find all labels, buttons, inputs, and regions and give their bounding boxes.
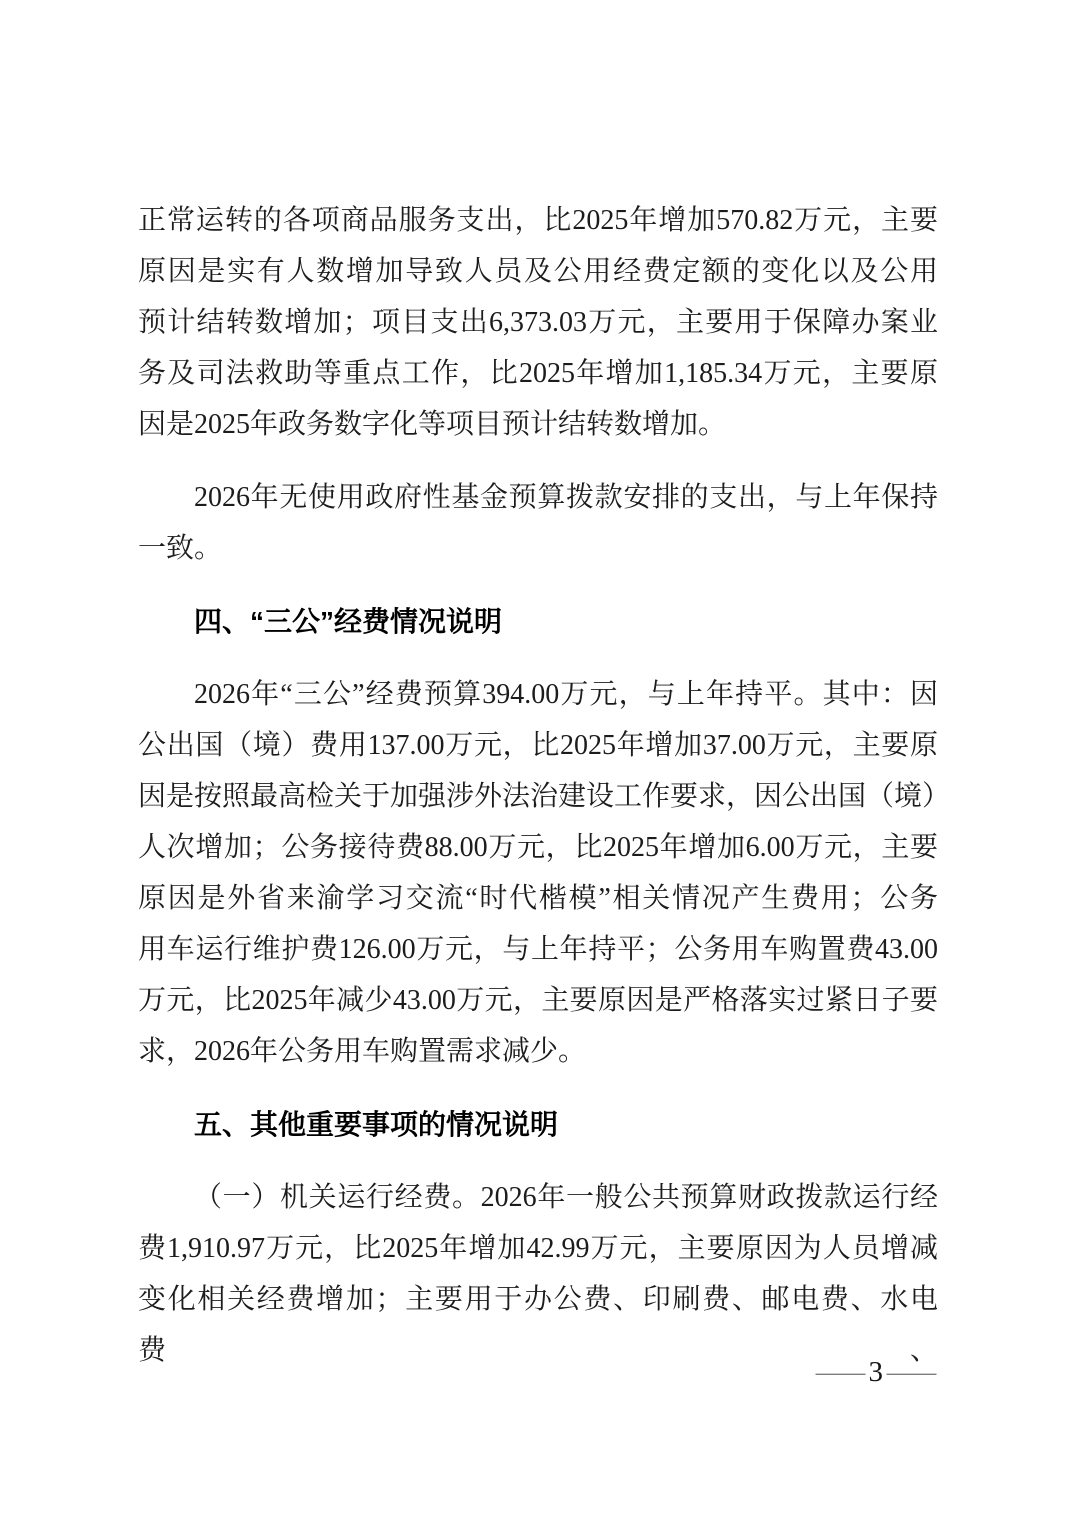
text-line: 万元，比2025年减少43.00万元，主要原因是严格落实过紧日子要	[138, 975, 938, 1026]
text-line: 预计结转数增加；项目支出6,373.03万元，主要用于保障办案业	[138, 297, 938, 348]
footer-dash-right: —	[887, 1352, 936, 1392]
text-line: 公出国（境）费用137.00万元，比2025年增加37.00万元，主要原	[138, 720, 938, 771]
footer-dash-left: —	[815, 1352, 864, 1392]
paragraph-government-fund-budget: 2026年无使用政府性基金预算拨款安排的支出，与上年保持 一致。	[138, 472, 938, 574]
paragraph-goods-services-expense: 正常运转的各项商品服务支出，比2025年增加570.82万元，主要 原因是实有人…	[138, 195, 938, 450]
paragraph-agency-operation-expense: （一）机关运行经费。2026年一般公共预算财政拨款运行经 费1,910.97万元…	[138, 1172, 938, 1376]
paragraph-three-public-expenses-detail: 2026年“三公”经费预算394.00万元，与上年持平。其中：因 公出国（境）费…	[138, 669, 938, 1077]
text-line: 因是2025年政务数字化等项目预计结转数增加。	[138, 399, 938, 450]
text-line: 务及司法救助等重点工作，比2025年增加1,185.34万元，主要原	[138, 348, 938, 399]
text-line: 2026年“三公”经费预算394.00万元，与上年持平。其中：因	[138, 669, 938, 720]
text-line: 人次增加；公务接待费88.00万元，比2025年增加6.00万元，主要	[138, 822, 938, 873]
text-line: 一致。	[138, 523, 938, 574]
text-line: 求，2026年公务用车购置需求减少。	[138, 1026, 938, 1077]
section-heading-other-important-matters: 五、其他重要事项的情况说明	[138, 1099, 938, 1150]
text-line: 原因是外省来渝学习交流“时代楷模”相关情况产生费用；公务	[138, 873, 938, 924]
text-line: 费1,910.97万元，比2025年增加42.99万元，主要原因为人员增减	[138, 1223, 938, 1274]
page-number: 3	[869, 1352, 884, 1392]
document-page: 正常运转的各项商品服务支出，比2025年增加570.82万元，主要 原因是实有人…	[0, 0, 1074, 1520]
text-line: 正常运转的各项商品服务支出，比2025年增加570.82万元，主要	[138, 195, 938, 246]
text-line: 2026年无使用政府性基金预算拨款安排的支出，与上年保持	[138, 472, 938, 523]
text-line: 用车运行维护费126.00万元，与上年持平；公务用车购置费43.00	[138, 924, 938, 975]
text-line: 原因是实有人数增加导致人员及公用经费定额的变化以及公用	[138, 246, 938, 297]
section-heading-three-public-expenses: 四、“三公”经费情况说明	[138, 596, 938, 647]
page-footer: —3—	[812, 1352, 941, 1392]
text-line: 因是按照最高检关于加强涉外法治建设工作要求，因公出国（境）	[138, 771, 938, 822]
text-line: （一）机关运行经费。2026年一般公共预算财政拨款运行经	[138, 1172, 938, 1223]
document-body: 正常运转的各项商品服务支出，比2025年增加570.82万元，主要 原因是实有人…	[138, 195, 938, 1398]
